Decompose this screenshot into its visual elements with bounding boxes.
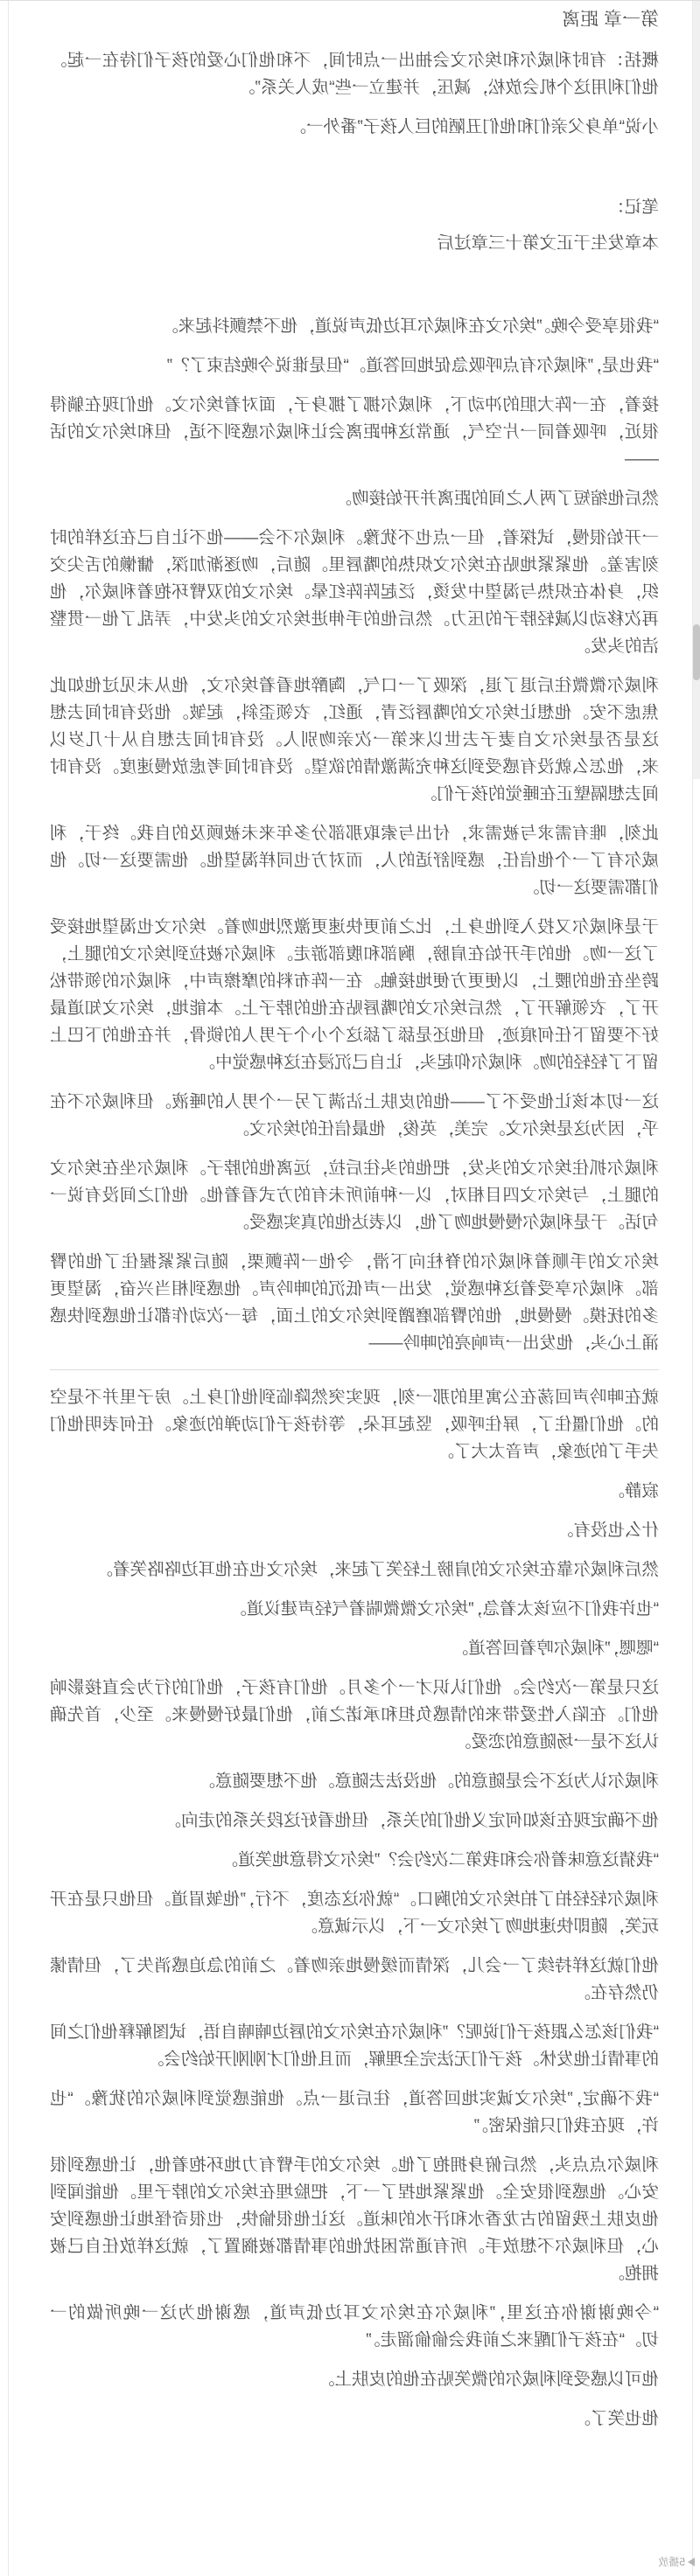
story-paragraph: 此刻，唯有需求与被需求，付出与索取那部分多年来未被顾及的自我。终于，利威尔有了一…: [50, 820, 659, 902]
story-paragraph: 寂静。: [50, 1478, 659, 1505]
story-paragraph: 利威尔微微往后退了退，深吸了一口气，陶醉地看着埃尔文，他从未见过他如此焦虑不安。…: [50, 672, 659, 808]
story-paragraph: 一开始很慢，试探着，但一点也不犹豫。利威尔不会——他不让自己在这样的时刻害羞。他…: [50, 525, 659, 660]
story-paragraph: 就在呻吟声回荡在公寓里的那一刻，现实突然降临到他们身上。房子里并不是空的。他们僵…: [50, 1384, 659, 1466]
story-body: “我很享受今晚。”埃尔文在利威尔耳边低声说道，他不禁颤抖起来。 “我也是，”利威…: [50, 313, 659, 2433]
story-paragraph: 他也笑了。: [50, 2405, 659, 2433]
story-paragraph: 什么也没有。: [50, 1517, 659, 1544]
story-paragraph: “也许我们不应该太着急，”埃尔文微微喘着气轻声建议道。: [50, 1596, 659, 1623]
story-paragraph: 他们就这样持续了一会儿，深情而缓慢地亲吻着。之前的急迫感消失了，但情愫仍然存在。: [50, 1953, 659, 2007]
series-note: 小说“单身父亲们和他们丑陋的巨人孩子”番外一。: [50, 114, 659, 141]
corner-badge[interactable]: 5播放: [658, 2556, 695, 2568]
story-paragraph: 然后利威尔靠在埃尔文的肩膀上轻笑了起来，埃尔文也在他耳边咯咯笑着。: [50, 1556, 659, 1584]
story-paragraph: 埃尔文的手顺着利威尔的脊柱向下滑，令他一阵颤栗，随后紧紧握住了他的臀部。利威尔享…: [50, 1249, 659, 1357]
story-paragraph: 接着，在一阵大胆的冲动下，利威尔挪了挪身子，面对着埃尔文。他们现在躺得很近，呼吸…: [50, 392, 659, 473]
notes-paragraph: 本章发生于正文第十三章过后: [50, 230, 659, 257]
story-paragraph: “我们该怎么跟孩子们说呢？”利威尔在埃尔文的唇边喃喃自语，试图解释他们之间的事情…: [50, 2019, 659, 2073]
story-paragraph: “我不确定，”埃尔文诚实地回答道，往后退一点。他能感觉到利威尔的犹豫。“也许，现…: [50, 2085, 659, 2140]
chapter-content: 第一章 距离 概括：有时利威尔和埃尔文会抽出一点时间，不和他们心爱的孩子们待在一…: [0, 1, 700, 2433]
scrollbar-thumb[interactable]: [693, 624, 700, 680]
fanfic-reader-page: 第一章 距离 概括：有时利威尔和埃尔文会抽出一点时间，不和他们心爱的孩子们待在一…: [0, 0, 700, 2576]
story-paragraph: 然后他缩短了两人之间的距离并开始接吻。: [50, 485, 659, 512]
notes-label: 笔记：: [50, 194, 659, 221]
story-paragraph: 利威尔认为这不会是随意的。他没法去随意。他不想要随意。: [50, 1768, 659, 1795]
chapter-title: 第一章 距离: [50, 8, 659, 32]
story-paragraph: 这只是第一次约会。他们认识才一个多月。他们有孩子，他们的行为会直接影响他们。在陷…: [50, 1674, 659, 1756]
story-paragraph: 他可以感受到利威尔的微笑贴在他的皮肤上。: [50, 2366, 659, 2393]
play-icon: [688, 2558, 695, 2566]
story-paragraph: 利威尔轻轻拍了拍埃尔文的胸口。“就你这态度，不行，”他皱眉道。但他只是在开玩笑，…: [50, 1886, 659, 1940]
story-paragraph: “今晚谢谢你在这里，”利威尔在埃尔文耳边低声道，感谢他为这一晚所做的一切。“在孩…: [50, 2300, 659, 2354]
badge-label: 5播放: [658, 2556, 685, 2568]
summary-paragraph: 概括：有时利威尔和埃尔文会抽出一点时间，不和他们心爱的孩子们待在一起。他们利用这…: [50, 47, 659, 101]
story-paragraph: 这一切本该让他受不了——他的皮肤上沾满了另一个男人的唾液。但利威尔不在乎，因为这…: [50, 1089, 659, 1143]
story-paragraph: “我很享受今晚。”埃尔文在利威尔耳边低声说道，他不禁颤抖起来。: [50, 313, 659, 340]
story-paragraph: 利威尔抓住埃尔文的头发，把他的头往后拉，远离他的脖子。利威尔坐在埃尔文的腿上，与…: [50, 1155, 659, 1236]
story-paragraph: “我猜这意味着你会和我第二次约会？”埃尔文得意地笑道。: [50, 1847, 659, 1874]
section-divider: [50, 1369, 659, 1370]
story-paragraph: 他不确定现在该如何定义他们的关系，但他看好这段关系的走向。: [50, 1807, 659, 1835]
mirrored-capture-layer: 第一章 距离 概括：有时利威尔和埃尔文会抽出一点时间，不和他们心爱的孩子们待在一…: [0, 1, 700, 2576]
story-paragraph: “嗯嗯，”利威尔哼着回答道。: [50, 1635, 659, 1662]
story-paragraph: 利威尔点点头，然后俯身拥抱了他。埃尔文的手臂有力地环抱着他，让他感到很安心。他感…: [50, 2152, 659, 2287]
story-paragraph: “我也是，”利威尔有点呼吸急促地回答道。“但是谁说今晚结束了？”: [50, 352, 659, 379]
story-paragraph: 于是利威尔又投入到他身上，比之前更快速更激烈地吻着。埃尔文也渴望地接受了这一吻。…: [50, 914, 659, 1076]
